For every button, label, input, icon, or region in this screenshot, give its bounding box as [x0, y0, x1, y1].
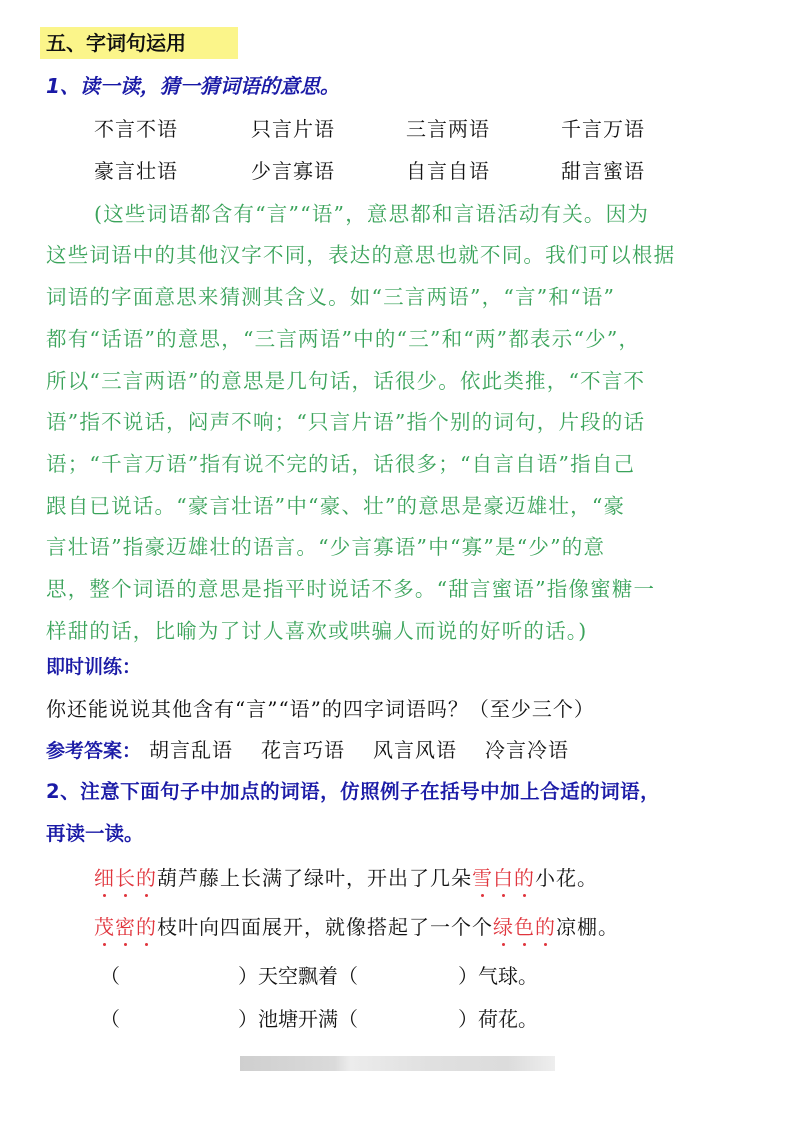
- dotted-char: 的: [535, 911, 556, 940]
- dotted-char: 雪: [472, 862, 493, 891]
- sentence-text: 小花。: [535, 866, 598, 890]
- dotted-char: 白: [493, 862, 514, 891]
- idiom: 自言自语: [406, 155, 490, 184]
- section-title: 五、字词句运用: [40, 27, 238, 59]
- dotted-char: 长: [115, 862, 136, 891]
- sentence-text: 天空飘着: [258, 964, 338, 988]
- dotted-char: 的: [136, 862, 157, 891]
- close-paren: ）: [238, 960, 258, 989]
- explanation-line: 都有“话语”的意思，“三言两语”中的“三”和“两”都表示“少”，: [46, 322, 756, 352]
- practice-question: 你还能说说其他含有“言”“语”的四字词语吗？（至少三个）: [46, 693, 595, 722]
- open-paren: （: [100, 1003, 120, 1032]
- fill-in-sentence-1: （）天空飘着（）气球。: [100, 960, 538, 989]
- sentence-text: 枝叶向四面展开，就像搭起了一个个: [157, 915, 493, 939]
- idiom: 甜言蜜语: [561, 155, 645, 184]
- idiom: 千言万语: [561, 113, 645, 142]
- sentence-text: 葫芦藤上长满了绿叶，开出了几朵: [157, 866, 472, 890]
- open-paren: （: [338, 960, 358, 989]
- explanation-line: 言壮语”指豪迈雄壮的语言。“少言寡语”中“寡”是“少”的意: [46, 530, 756, 560]
- question-1-title: 1、读一读，猜一猜词语的意思。: [46, 70, 340, 99]
- answer-item: 花言巧语: [261, 738, 345, 762]
- question-2-title-cont: 再读一读。: [46, 818, 144, 846]
- dotted-char: 细: [94, 862, 115, 891]
- dotted-char: 的: [514, 862, 535, 891]
- idiom: 不言不语: [94, 113, 178, 142]
- idiom: 三言两语: [406, 113, 490, 142]
- sentence-text: 气球。: [478, 964, 538, 988]
- dotted-word: 细长的: [94, 866, 157, 890]
- explanation-line: 这些词语中的其他汉字不同，表达的意思也就不同。我们可以根据: [46, 238, 756, 268]
- open-paren: （: [338, 1003, 358, 1032]
- dotted-char: 色: [514, 911, 535, 940]
- idiom: 只言片语: [251, 113, 335, 142]
- explanation-line: 语”指不说话，闷声不响；“只言片语”指个别的词句，片段的话: [46, 405, 756, 435]
- explanation-line: (这些词语都含有“言”“语”，意思都和言语活动有关。因为: [94, 197, 649, 227]
- sentence-text: 凉棚。: [556, 915, 619, 939]
- sentence-text: 池塘开满: [258, 1007, 338, 1031]
- explanation-line: 跟自已说话。“豪言壮语”中“豪、壮”的意思是豪迈雄壮，“豪: [46, 489, 756, 519]
- dotted-char: 绿: [493, 911, 514, 940]
- example-sentence-1: 细长的葫芦藤上长满了绿叶，开出了几朵雪白的小花。: [94, 862, 598, 891]
- answer-item: 冷言冷语: [485, 738, 569, 762]
- explanation-line: 所以“三言两语”的意思是几句话，话很少。依此类推，“不言不: [46, 364, 756, 394]
- fill-in-sentence-2: （）池塘开满（）荷花。: [100, 1003, 538, 1032]
- answer-label: 参考答案：: [46, 740, 141, 762]
- dotted-char: 的: [136, 911, 157, 940]
- dotted-char: 密: [115, 911, 136, 940]
- reference-answers: 参考答案：胡言乱语花言巧语风言风语冷言冷语: [46, 734, 589, 763]
- answer-item: 风言风语: [373, 738, 457, 762]
- explanation-line: 样甜的话，比喻为了讨人喜欢或哄骗人而说的好听的话。): [46, 614, 756, 644]
- dotted-word: 绿色的: [493, 915, 556, 939]
- sentence-text: 荷花。: [478, 1007, 538, 1031]
- practice-label: 即时训练：: [46, 652, 141, 679]
- dotted-char: 茂: [94, 911, 115, 940]
- close-paren: ）: [458, 1003, 478, 1032]
- explanation-line: 语；“千言万语”指有说不完的话，话很多；“自言自语”指自己: [46, 447, 756, 477]
- answer-item: 胡言乱语: [149, 738, 233, 762]
- close-paren: ）: [458, 960, 478, 989]
- open-paren: （: [100, 960, 120, 989]
- question-2-title: 2、注意下面句子中加点的词语，仿照例子在括号中加上合适的词语，: [46, 776, 660, 804]
- blurred-footer-bar: [240, 1056, 555, 1071]
- dotted-word: 茂密的: [94, 915, 157, 939]
- close-paren: ）: [238, 1003, 258, 1032]
- dotted-word: 雪白的: [472, 866, 535, 890]
- explanation-line: 思，整个词语的意思是指平时说话不多。“甜言蜜语”指像蜜糖一: [46, 572, 756, 602]
- idiom: 少言寡语: [251, 155, 335, 184]
- example-sentence-2: 茂密的枝叶向四面展开，就像搭起了一个个绿色的凉棚。: [94, 911, 619, 940]
- idiom: 豪言壮语: [94, 155, 178, 184]
- explanation-line: 词语的字面意思来猜测其含义。如“三言两语”，“言”和“语”: [46, 280, 756, 310]
